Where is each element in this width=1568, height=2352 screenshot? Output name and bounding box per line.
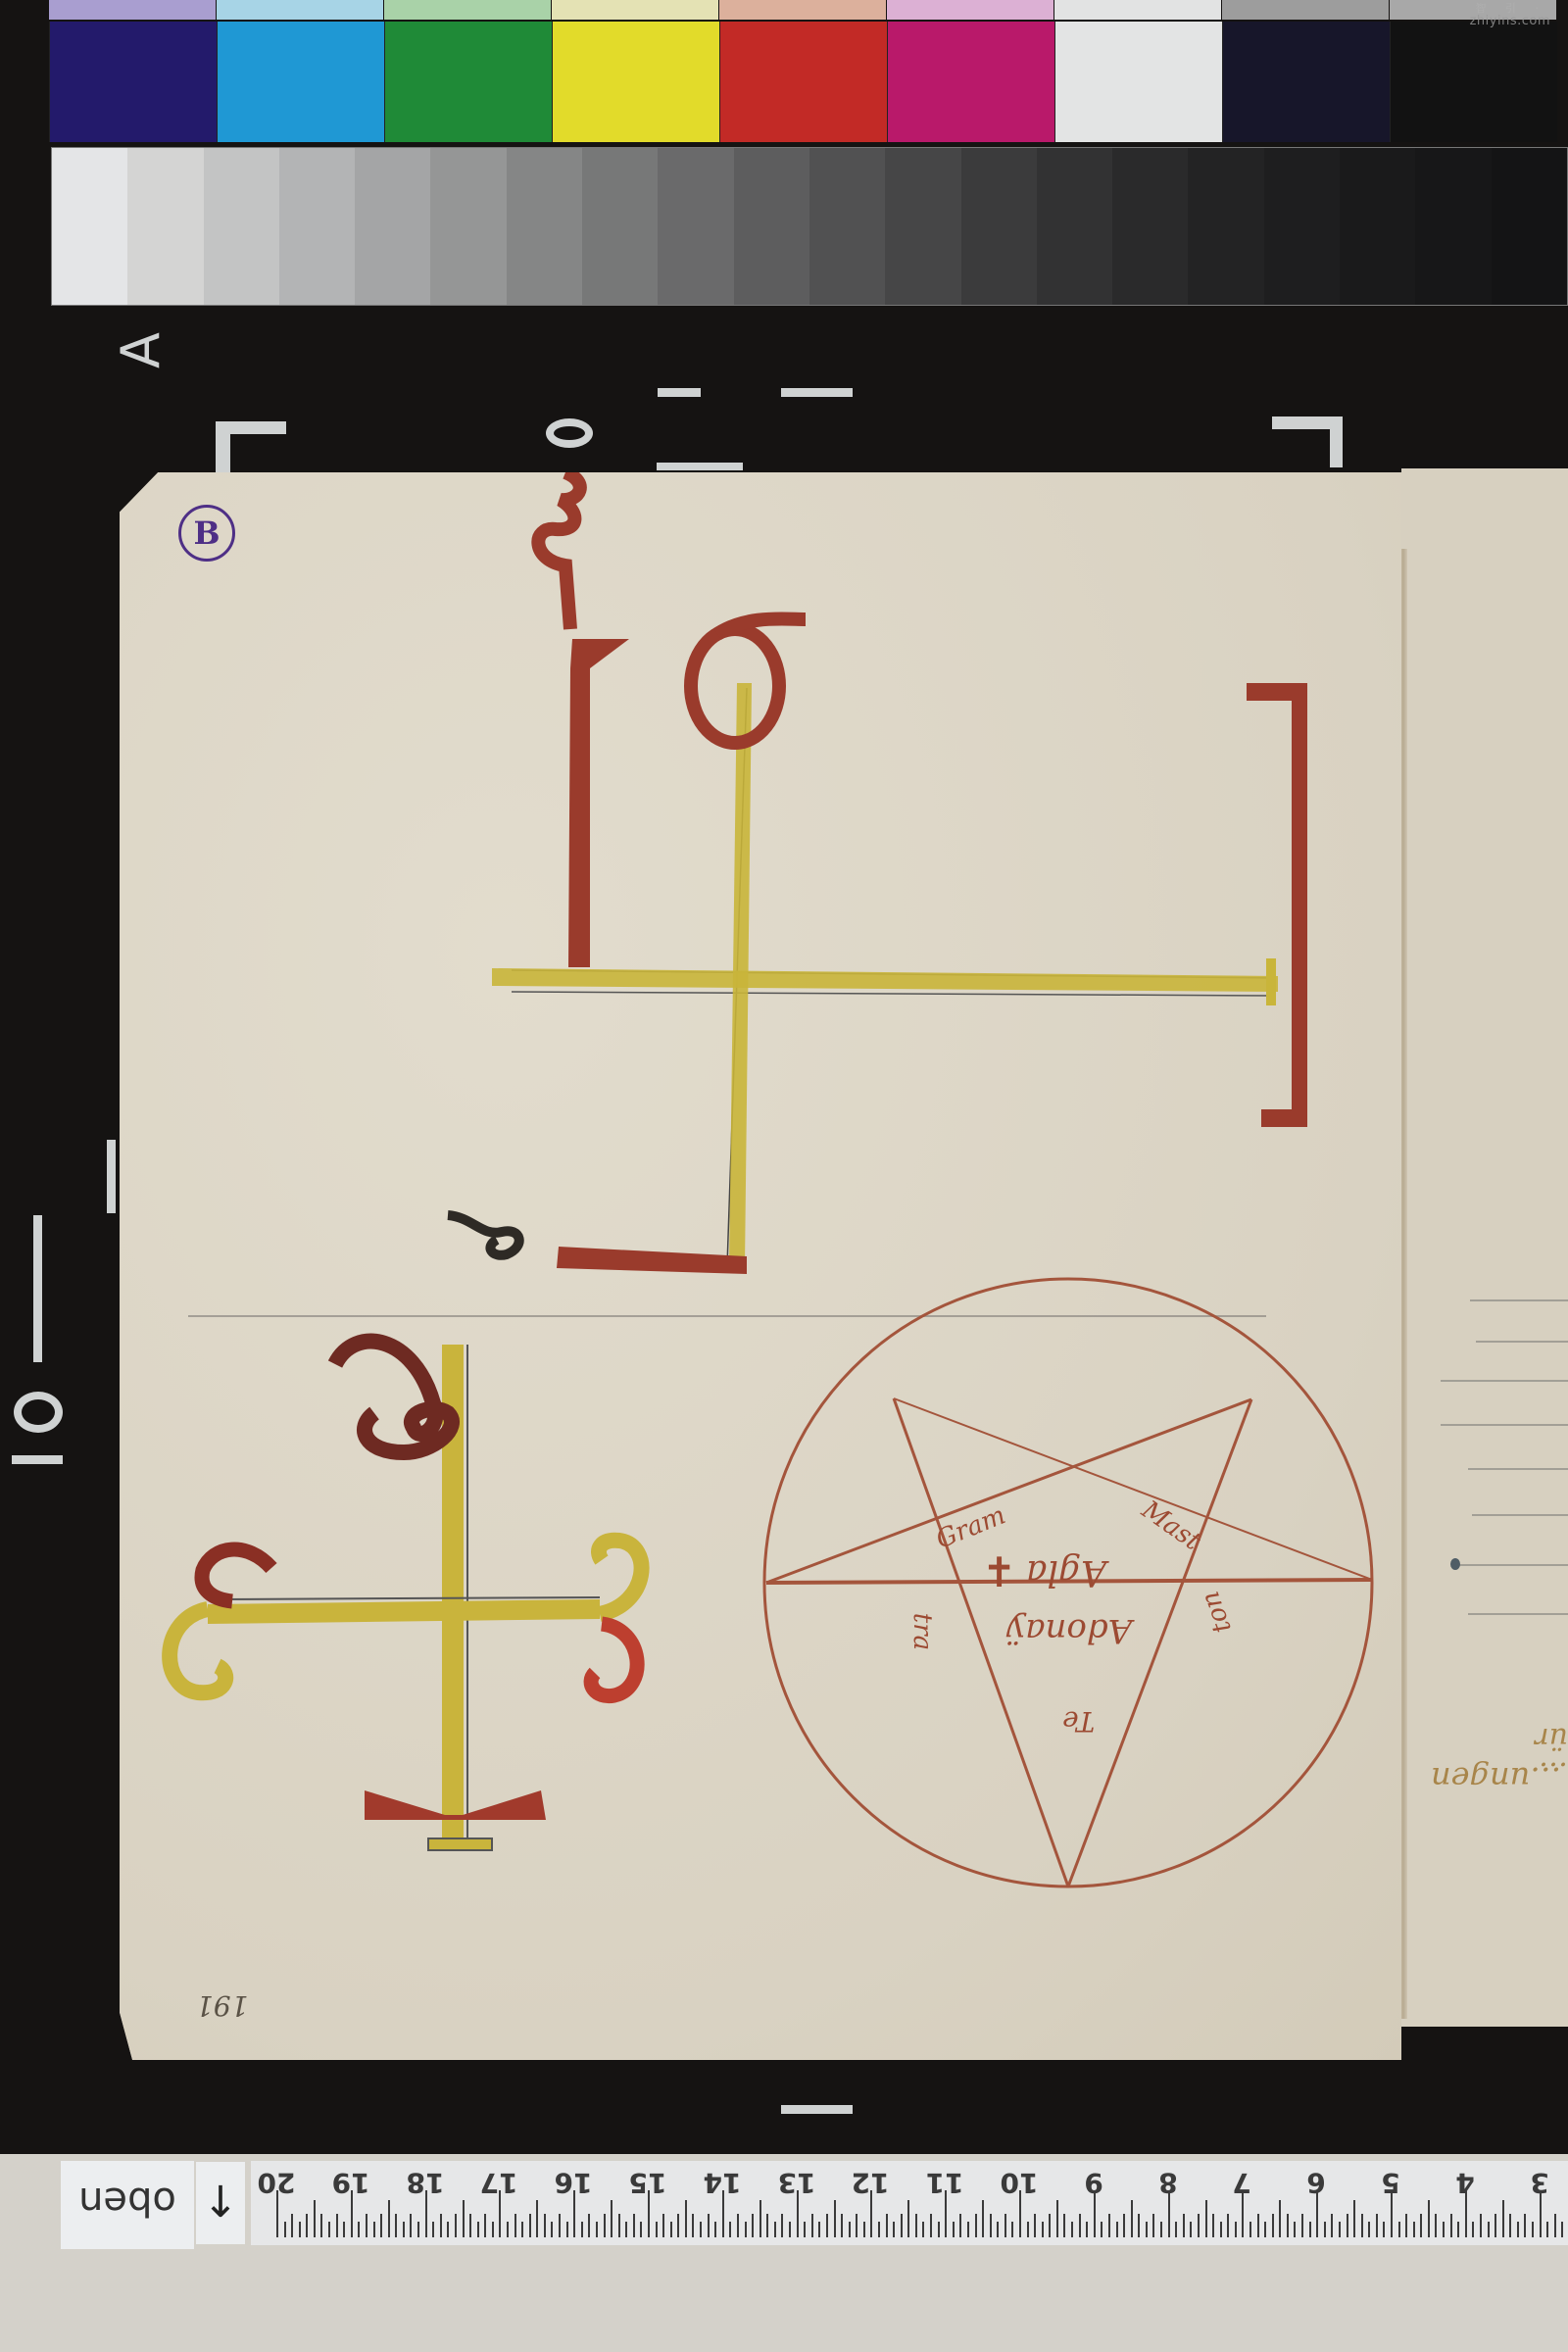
ruler-tick (1042, 2222, 1044, 2237)
ruler-tick (291, 2214, 293, 2237)
left-dash-long (33, 1215, 42, 1362)
tint-patch (887, 0, 1053, 20)
ruler-tick (1294, 2222, 1296, 2237)
gray-step (127, 148, 203, 305)
ruler-tick (1101, 2222, 1102, 2237)
ruled-line (1441, 1424, 1568, 1426)
ruler-tick (640, 2222, 642, 2237)
ruler-number: 17 (479, 2167, 518, 2199)
color-patch (1054, 22, 1222, 142)
tint-patch (384, 0, 551, 20)
ruler-tick (358, 2222, 360, 2237)
gray-step (1188, 148, 1263, 305)
gray-step (582, 148, 658, 305)
ruler-tick (922, 2222, 924, 2237)
ruler-tick (559, 2214, 561, 2237)
ruler-tick (1532, 2222, 1534, 2237)
ruler-tick (1235, 2222, 1237, 2237)
ruler-tick (656, 2222, 658, 2237)
ruler-tick (373, 2222, 375, 2237)
ruler-tick (990, 2214, 992, 2237)
ruler-tick (1554, 2214, 1556, 2237)
gray-step (279, 148, 355, 305)
ruler-tick (469, 2214, 471, 2237)
ruler-tick (1413, 2222, 1415, 2237)
ruler-tick (878, 2222, 880, 2237)
ruler-tick (1309, 2222, 1311, 2237)
ruler-tick (789, 2222, 791, 2237)
ruler-tick (804, 2222, 806, 2237)
bottom-dash (781, 2105, 853, 2114)
ruler-tick (915, 2214, 917, 2237)
ruler-tick (1488, 2222, 1490, 2237)
ruler-tick (1264, 2222, 1266, 2237)
ruler-tick (997, 2222, 999, 2237)
ruler-tick (447, 2222, 449, 2237)
ruler-tick (1227, 2214, 1229, 2237)
ruler-number: 9 (1074, 2167, 1113, 2199)
ruler-tick (1494, 2214, 1496, 2237)
right-page: …ür …ungen (1401, 468, 1568, 2027)
ruler-center-dash (781, 388, 853, 397)
ruler-tick (1353, 2200, 1355, 2237)
ruler-tick (759, 2200, 761, 2237)
ruler-tick (901, 2214, 903, 2237)
right-page-text-2: …ungen (1431, 1760, 1561, 1797)
ruler-number: 20 (257, 2167, 296, 2199)
ruler-tick (811, 2214, 813, 2237)
ruler-number: 12 (851, 2167, 890, 2199)
ruled-line (1470, 1299, 1568, 1301)
ruler-tick (484, 2214, 486, 2237)
gray-step (658, 148, 733, 305)
ruler-tick (1405, 2214, 1407, 2237)
ruler-number: 15 (628, 2167, 667, 2199)
top-dash-1 (657, 463, 743, 470)
orientation-arrow: ↓ (196, 2162, 245, 2244)
ruler-tick (752, 2214, 754, 2237)
ruler-number: 14 (703, 2167, 742, 2199)
gray-step (1415, 148, 1491, 305)
ruler-tick (1056, 2200, 1058, 2237)
ruler-tick (1108, 2214, 1110, 2237)
ruler-tick (529, 2214, 531, 2237)
ruler-number: 11 (925, 2167, 964, 2199)
gray-step (961, 148, 1037, 305)
ruler-tick (662, 2214, 664, 2237)
ruler-tick (1339, 2222, 1341, 2237)
ruler-tick (588, 2214, 590, 2237)
gray-step (1492, 148, 1567, 305)
ruler-tick (1131, 2200, 1133, 2237)
tint-patch (1054, 0, 1221, 20)
ruler-tick (849, 2222, 851, 2237)
gray-step (430, 148, 506, 305)
ruler-tick (856, 2214, 857, 2237)
corner-mark-top-right-vert (1330, 416, 1343, 467)
scale-ruler: 20191817161514131211109876543 (251, 2161, 1568, 2245)
color-patch (552, 22, 719, 142)
ruler-tick (1517, 2222, 1519, 2237)
ruler-tick (863, 2222, 865, 2237)
ruler-tick (1011, 2222, 1013, 2237)
ruler-tick (1361, 2214, 1363, 2237)
ruled-line (1472, 1514, 1568, 1516)
color-calibration-chart (49, 0, 1568, 145)
ruler-tick (745, 2222, 747, 2237)
ruler-tick (1183, 2214, 1185, 2237)
ruler-tick (633, 2214, 635, 2237)
gray-step (355, 148, 430, 305)
color-patch (1222, 22, 1390, 142)
ruler-tick (1049, 2214, 1051, 2237)
ruler-tick (685, 2200, 687, 2237)
ruler-tick (1420, 2214, 1422, 2237)
color-patch (719, 22, 887, 142)
ruler-tick (336, 2214, 338, 2237)
folio-number: 191 (196, 1989, 248, 2022)
pentagram-label-adonay: Adonaÿ (1006, 1611, 1132, 1650)
ruler-tick (1220, 2222, 1222, 2237)
ruler-tick (388, 2200, 390, 2237)
ruler-tick (1079, 2214, 1081, 2237)
ruler-tick (1086, 2222, 1088, 2237)
ruler-tick (566, 2222, 568, 2237)
ruler-tick (729, 2222, 731, 2237)
gray-step (52, 148, 127, 305)
ruler-tick (1027, 2222, 1029, 2237)
down-arrow-icon: ↓ (196, 2162, 245, 2244)
ruler-tick (514, 2214, 516, 2237)
ruler-tick (1071, 2222, 1073, 2237)
ruler-tick (440, 2214, 442, 2237)
ruler-number: 6 (1297, 2167, 1336, 2199)
ruler-tick (1138, 2214, 1140, 2237)
ruler-number: 16 (554, 2167, 593, 2199)
ruler-tick (959, 2214, 961, 2237)
orientation-label: oben (61, 2161, 194, 2249)
gray-step (1112, 148, 1188, 305)
ruler-tick (596, 2222, 598, 2237)
ruler-tick (1287, 2214, 1289, 2237)
ruler-tick (907, 2200, 909, 2237)
ruler-tick (1205, 2200, 1207, 2237)
ruler-number: 18 (406, 2167, 445, 2199)
ruler-number: 4 (1445, 2167, 1485, 2199)
ruler-tick (708, 2214, 710, 2237)
ruler-tick (1472, 2222, 1474, 2237)
pentagram-label-tra: tra (907, 1613, 937, 1650)
ruler-tick (1376, 2214, 1378, 2237)
ruled-line (1441, 1380, 1568, 1382)
manuscript-page: B (120, 472, 1401, 2060)
ruler-tick (1331, 2214, 1333, 2237)
ruler-tick (551, 2222, 553, 2237)
ruler-tick (1398, 2222, 1400, 2237)
ruler-tick (670, 2222, 672, 2237)
ruler-number: 13 (777, 2167, 816, 2199)
left-dash-short (107, 1140, 116, 1213)
ruler-tick (886, 2214, 888, 2237)
ruler-tick (1502, 2200, 1504, 2237)
ruler-tick (1279, 2200, 1281, 2237)
ruler-tick (299, 2222, 301, 2237)
ruler-number: 10 (1000, 2167, 1039, 2199)
ruler-number: 7 (1222, 2167, 1261, 2199)
ruler-tick (774, 2222, 776, 2237)
orientation-label-text: oben (61, 2179, 194, 2224)
ruler-tick (1116, 2222, 1118, 2237)
ruler-tick (982, 2200, 984, 2237)
pentagram-label-te: Te (1062, 1705, 1095, 1738)
gray-step (734, 148, 809, 305)
ruler-tick (521, 2222, 523, 2237)
ruler-tick (1383, 2222, 1385, 2237)
color-patch (1390, 22, 1557, 142)
ruler-tick (1257, 2214, 1259, 2237)
ruler-tick (1546, 2222, 1548, 2237)
ruler-tick (328, 2222, 330, 2237)
ruler-tick (611, 2200, 612, 2237)
pentagram-circle-diagram (120, 472, 1401, 2060)
ruler-tick (380, 2214, 382, 2237)
ruler-tick (314, 2200, 316, 2237)
ruler-tick (1160, 2222, 1162, 2237)
ruler-tick (975, 2214, 977, 2237)
ruler-tick (1509, 2214, 1511, 2237)
ruler-tick (1190, 2222, 1192, 2237)
ruler-number: 3 (1520, 2167, 1559, 2199)
color-patch (384, 22, 552, 142)
ruler-tick (1561, 2222, 1563, 2237)
ruler-tick (1450, 2214, 1452, 2237)
ruler-tick (930, 2214, 932, 2237)
ruler-tick (410, 2214, 412, 2237)
chalk-zero (546, 418, 593, 448)
ruler-tick (826, 2214, 828, 2237)
ruler-tick (1198, 2214, 1200, 2237)
ruler-tick (1480, 2214, 1482, 2237)
color-patch (887, 22, 1054, 142)
ruler-tick (536, 2200, 538, 2237)
ruler-tick (581, 2222, 583, 2237)
ruler-tick (417, 2222, 419, 2237)
ruled-line (1452, 1564, 1568, 1566)
ink-blot (1450, 1558, 1460, 1570)
ruler-tick (953, 2222, 955, 2237)
ruler-tick (893, 2222, 895, 2237)
tint-patch (1222, 0, 1389, 20)
watermark: zhiyins.com (1470, 14, 1550, 28)
ruler-tick (1212, 2214, 1214, 2237)
corner-mark-top-left-vert (216, 421, 230, 475)
chalk-letter-a: A (110, 332, 171, 368)
ruler-tick (841, 2214, 843, 2237)
ruler-tick (692, 2214, 694, 2237)
ruler-tick (766, 2214, 768, 2237)
ruler-tick (618, 2214, 620, 2237)
ruler-tick (455, 2214, 457, 2237)
ruler-tick (1524, 2214, 1526, 2237)
tint-patch (217, 0, 383, 20)
ruler-tick (463, 2200, 465, 2237)
gray-step (1340, 148, 1415, 305)
ruler-tick (366, 2214, 367, 2237)
ruler-tick (1435, 2214, 1437, 2237)
gray-step (809, 148, 885, 305)
ruler-tick (1324, 2222, 1326, 2237)
ruler-tick (1146, 2222, 1148, 2237)
ruled-line (1468, 1468, 1568, 1470)
chalk-ten-one (12, 1455, 63, 1464)
ruler-tick (1347, 2214, 1348, 2237)
ruler-tick (1063, 2214, 1065, 2237)
ruler-tick (284, 2222, 286, 2237)
color-patch (49, 22, 217, 142)
top-dash-2 (658, 388, 701, 397)
gray-step (885, 148, 960, 305)
ruler-tick (1428, 2200, 1430, 2237)
ruler-tick (1272, 2214, 1274, 2237)
ruler-tick (1457, 2222, 1459, 2237)
ruler-tick (714, 2222, 716, 2237)
tint-patch (552, 0, 718, 20)
ruler-number: 19 (331, 2167, 370, 2199)
ruler-tick (737, 2214, 739, 2237)
ruler-tick (544, 2214, 546, 2237)
ruled-line (1476, 1341, 1568, 1343)
chalk-ten-zero (14, 1392, 63, 1433)
ruler-tick (625, 2222, 627, 2237)
ruler-tick (1443, 2222, 1445, 2237)
ruler-tick (1175, 2222, 1177, 2237)
grayscale-strip (51, 147, 1568, 306)
ruler-tick (1123, 2214, 1125, 2237)
ruler-tick (938, 2222, 940, 2237)
ruler-tick (781, 2214, 783, 2237)
pentagram-cross: ✝ (982, 1548, 1016, 1596)
ruler-tick (492, 2222, 494, 2237)
ruler-tick (320, 2214, 322, 2237)
ruler-tick (432, 2222, 434, 2237)
ruler-tick (967, 2222, 969, 2237)
ruler-tick (306, 2214, 308, 2237)
tint-patch (719, 0, 886, 20)
ruler-tick (1034, 2214, 1036, 2237)
color-patch (217, 22, 384, 142)
ruler-tick (834, 2200, 836, 2237)
tint-patch (49, 0, 216, 20)
gray-step (1264, 148, 1340, 305)
ruler-tick (700, 2222, 702, 2237)
ruled-line (1468, 1613, 1568, 1615)
ruler-tick (343, 2222, 345, 2237)
gray-step (507, 148, 582, 305)
ruler-number: 8 (1149, 2167, 1188, 2199)
ruler-tick (1368, 2222, 1370, 2237)
ruler-tick (1301, 2214, 1303, 2237)
ruler-tick (403, 2222, 405, 2237)
ruler-number: 5 (1371, 2167, 1410, 2199)
ruler-tick (677, 2214, 679, 2237)
gray-step (1037, 148, 1112, 305)
ruler-tick (1249, 2222, 1251, 2237)
ruler-tick (818, 2222, 820, 2237)
ruler-tick (507, 2222, 509, 2237)
ruler-tick (1152, 2214, 1154, 2237)
ruler-tick (477, 2222, 479, 2237)
pentagram-label-agla: Agla (1026, 1552, 1106, 1592)
ruler-tick (604, 2214, 606, 2237)
ruler-tick (1004, 2214, 1006, 2237)
gray-step (204, 148, 279, 305)
ruler-tick (395, 2214, 397, 2237)
